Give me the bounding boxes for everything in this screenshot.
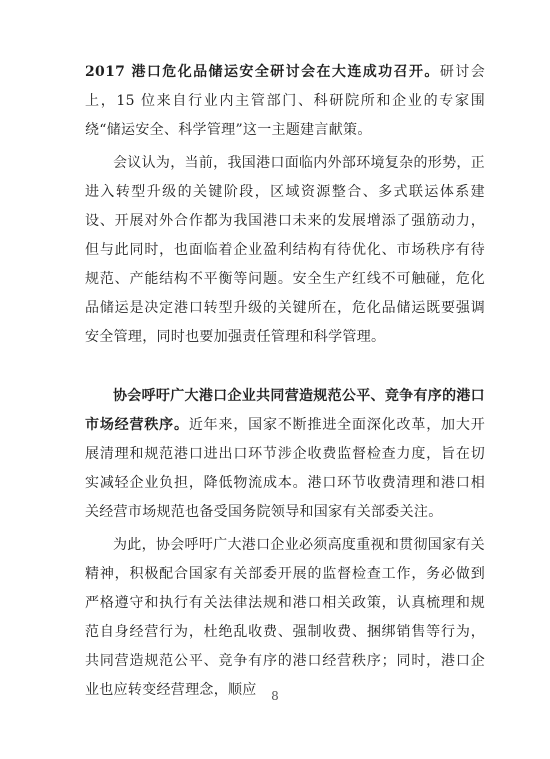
paragraph-therefore-text: 为此，协会呼吁广大港口企业必须高度重视和贯彻国家有关精神，积极配合国家有关部委开…	[85, 537, 485, 698]
paragraph-meeting-view: 会议认为，当前，我国港口面临内外部环境复杂的形势，正进入转型升级的关键阶段，区域…	[85, 149, 485, 352]
paragraph-association-appeal: 协会呼吁广大港口企业共同营造规范公平、竞争有序的港口市场经营秩序。近年来，国家不…	[85, 382, 485, 527]
paragraph-seminar: 2017 港口危化品储运安全研讨会在大连成功召开。研讨会上，15 位来自行业内主…	[85, 58, 485, 145]
page-number: 8	[0, 689, 550, 703]
paragraph-meeting-view-text: 会议认为，当前，我国港口面临内外部环境复杂的形势，正进入转型升级的关键阶段，区域…	[85, 155, 485, 345]
document-page: 2017 港口危化品储运安全研讨会在大连成功召开。研讨会上，15 位来自行业内主…	[0, 0, 550, 759]
document-content: 2017 港口危化品储运安全研讨会在大连成功召开。研讨会上，15 位来自行业内主…	[85, 58, 485, 709]
paragraph-therefore: 为此，协会呼吁广大港口企业必须高度重视和贯彻国家有关精神，积极配合国家有关部委开…	[85, 531, 485, 705]
paragraph-seminar-heading: 2017 港口危化品储运安全研讨会在大连成功召开。	[85, 64, 440, 80]
